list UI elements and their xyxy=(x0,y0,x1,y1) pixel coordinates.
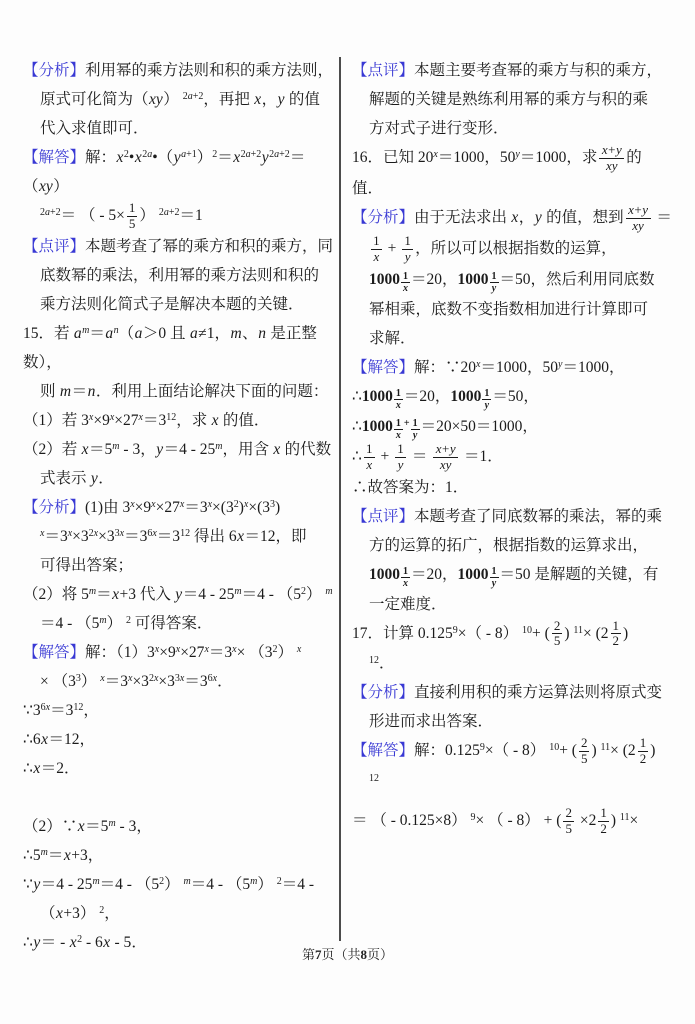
text-run: ， xyxy=(136,818,152,835)
superscript: m xyxy=(325,587,332,597)
text-run: 可得答案． xyxy=(131,615,212,632)
formula-run: ＝50 xyxy=(500,566,531,583)
text-run: 可得出答案； xyxy=(40,557,133,574)
formula-run: ． xyxy=(217,673,233,690)
text-run: ， xyxy=(140,441,156,458)
formula-run: ＝4 - （5 xyxy=(242,586,301,603)
superscript: 1y xyxy=(489,566,500,590)
text-line: ∴1x + 1y ＝ x+yxy ＝1． xyxy=(352,442,672,473)
text-line: 求解． xyxy=(352,324,672,353)
superscript: m xyxy=(41,848,48,858)
blank-line xyxy=(23,783,336,812)
formula-run: ） xyxy=(164,876,183,893)
formula-run: + ( xyxy=(532,625,550,642)
formula-run: ＝20 xyxy=(404,388,435,405)
text-run: 解： xyxy=(414,742,445,759)
text-line: 2a+2＝ （ - 5×15） 2a+2＝1 xyxy=(23,201,336,232)
superscript: 12 xyxy=(369,656,379,666)
formula-run: x xyxy=(211,412,219,429)
page-footer: 第7页（共8页） xyxy=(0,944,695,963)
text-line: 【点评】本题考查了同底数幂的乘法，幂的乘 xyxy=(352,502,672,531)
superscript: 6x xyxy=(208,674,217,684)
formula-run: - 3 xyxy=(116,818,137,835)
superscript: 2a+2 xyxy=(40,208,61,218)
formula-run: 1000 xyxy=(458,566,489,583)
formula-run: （x+3） xyxy=(40,905,99,922)
text-run: 页（共 xyxy=(321,947,360,962)
formula-run: ×2 xyxy=(576,812,596,829)
text-run: ， xyxy=(104,905,120,922)
text-run: ，求 xyxy=(566,149,597,166)
superscript: 12 xyxy=(369,774,379,784)
formula-run: ＝1000 xyxy=(438,149,485,166)
formula-run: y xyxy=(261,149,269,166)
text-line: ∵36x＝312， xyxy=(23,696,336,725)
formula-run: ＝1000 xyxy=(481,359,528,376)
fraction: 25 xyxy=(579,736,590,767)
formula-run: 20 xyxy=(418,149,434,166)
fraction: 1x xyxy=(394,418,403,442)
text-line: 底数幂的乘法，利用幂的乘方法则和积的 xyxy=(23,261,336,290)
text-line: 幂相乘，底数不变指数相加进行计算即可 xyxy=(352,295,672,324)
formula-run: ＝1 xyxy=(179,207,202,224)
formula-run: ＝50 xyxy=(492,388,523,405)
text-run: 解题的关键是熟练利用幂的乘方与积的乘 xyxy=(369,91,648,108)
fraction: 1x xyxy=(364,442,375,473)
fraction: x+yxy xyxy=(626,203,651,234)
formula-run: ∴ xyxy=(352,479,368,496)
text-run: ． xyxy=(98,470,114,487)
text-run: 是解题的关键，有 xyxy=(531,566,659,583)
formula-run: 0.125 xyxy=(445,742,480,759)
fraction: 1y xyxy=(490,566,499,590)
formula-run: ＝4 - （5 xyxy=(100,876,159,893)
text-run: 且 xyxy=(166,325,189,342)
formula-run: ∵y＝4 - 25 xyxy=(23,876,92,893)
text-run: 代入求值即可． xyxy=(40,120,149,137)
formula-run: 50 xyxy=(543,359,559,376)
formula-run: ∴ xyxy=(352,418,362,435)
text-run: ， xyxy=(80,731,96,748)
formula-run: 5 xyxy=(81,586,89,603)
text-line: 【分析】由于无法求出 x，y 的值，想到x+yxy ＝ xyxy=(352,203,672,234)
formula-run: ＝4 - （5 xyxy=(40,615,99,632)
formula-run: × xyxy=(630,812,639,829)
formula-run: + xyxy=(384,240,401,257)
superscript: 12 xyxy=(166,413,176,423)
superscript: 1x+1y xyxy=(393,418,421,442)
text-line: 15．若 am＝an（a＞0 且 a≠1，m、n 是正整数）， xyxy=(23,319,336,377)
formula-run: - 3 xyxy=(120,441,141,458)
text-run: 底数幂的乘法，利用幂的乘方法则和积的 xyxy=(40,267,319,284)
text-run: ，即 xyxy=(275,528,306,545)
text-line: 形进而求出答案． xyxy=(352,707,672,736)
text-line: 【分析】(1)由 3x×9x×27x＝3x×(32)x×(33) xyxy=(23,493,336,522)
formula-run: ×9 xyxy=(135,499,152,516)
fraction: 1y xyxy=(490,271,499,295)
formula-run: ＝3 xyxy=(50,702,73,719)
section-label: 【解答】 xyxy=(23,149,85,166)
text-run: 方对式子进行变形． xyxy=(369,120,509,137)
formula-run: ) xyxy=(623,625,628,642)
formula-run: ×27 xyxy=(114,412,138,429)
formula-run: ＝3 xyxy=(143,412,166,429)
formula-run: ＝20 xyxy=(411,566,442,583)
formula-run: ∴x＝2 xyxy=(23,760,64,777)
formula-run: ∴5 xyxy=(23,847,41,864)
formula-run: x xyxy=(273,441,281,458)
formula-run: x xyxy=(254,91,262,108)
text-run: ． xyxy=(487,448,503,465)
fraction: 1y xyxy=(411,418,420,442)
document-page: 【分析】利用幂的乘方法则和积的乘方法则，原式可化简为（xy） 2a+2，再把 x… xyxy=(0,0,695,1024)
formula-run: 1000 xyxy=(450,388,481,405)
formula-run: ＝ xyxy=(653,209,672,226)
text-run: 直接利用积的乘方运算法则将原式变 xyxy=(414,684,662,701)
text-run: 的值 xyxy=(285,91,320,108)
formula-run: + ( xyxy=(559,742,577,759)
formula-run: 50 xyxy=(500,149,516,166)
text-run: ，再把 xyxy=(203,91,253,108)
fraction: 1x xyxy=(394,388,403,412)
text-run: 本题考查了同底数幂的乘法，幂的乘 xyxy=(414,508,662,525)
text-run: ， xyxy=(519,209,535,226)
superscript: 11 xyxy=(620,813,630,823)
text-run: ，所以可以根据指数的运算， xyxy=(415,240,617,257)
formula-run: ×3 xyxy=(72,528,89,545)
formula-run: ) xyxy=(275,499,280,516)
text-run: ， xyxy=(442,566,458,583)
text-run: ， xyxy=(214,325,230,342)
text-run: 乘方法则化简式子是解决本题的关键． xyxy=(40,296,304,313)
formula-run: 3 xyxy=(147,644,155,661)
text-run: ， xyxy=(522,418,538,435)
formula-run: ＝x+3 xyxy=(96,586,136,603)
formula-run: ＝4 - xyxy=(282,876,318,893)
formula-run: ×（ - 8） xyxy=(458,625,522,642)
formula-run: 0.125 xyxy=(418,625,453,642)
superscript: m xyxy=(108,819,115,829)
fraction: 25 xyxy=(552,619,563,650)
formula-run: × （ - 8） + ( xyxy=(476,812,562,829)
formula-run: ＝ xyxy=(408,448,431,465)
text-line: （2）若 x＝5m - 3，y＝4 - 25m，用含 x 的代数 xyxy=(23,435,336,464)
text-line: 解题的关键是熟练利用幂的乘方与积的乘 xyxy=(352,85,672,114)
text-run: 本题主要考查幂的乘方与积的乘方， xyxy=(414,62,662,79)
formula-run: a≠1 xyxy=(189,325,214,342)
superscript: 11 xyxy=(573,626,583,636)
text-run: 、 xyxy=(242,325,258,342)
text-run: ． xyxy=(64,760,80,777)
fraction: 15 xyxy=(127,201,138,232)
formula-run: ＝ （ - 5× xyxy=(61,207,125,224)
text-run: ， xyxy=(435,388,451,405)
formula-run: ＝3 xyxy=(44,528,67,545)
text-line: 16．已知 20x＝1000，50y＝1000，求x+yxy的值． xyxy=(352,143,672,203)
formula-run: ） xyxy=(257,876,276,893)
formula-run: （xy） xyxy=(133,91,183,108)
text-line: 可得出答案； xyxy=(23,551,336,580)
formula-run: 1000 xyxy=(362,388,393,405)
formula-run: ） xyxy=(306,586,325,603)
formula-run: ＝a xyxy=(89,325,113,342)
section-label: 【分析】 xyxy=(23,499,85,516)
text-run: 由于无法求出 xyxy=(414,209,511,226)
fraction: 1y xyxy=(395,442,406,473)
superscript: 3x xyxy=(115,529,124,539)
superscript: 1x xyxy=(393,388,404,412)
text-run: 的值，想到 xyxy=(542,209,623,226)
fraction: 1y xyxy=(482,388,491,412)
section-label: 【解答】 xyxy=(23,644,85,661)
formula-run: ×3 xyxy=(132,673,149,690)
text-run: 解： xyxy=(85,149,116,166)
formula-run: ×3 xyxy=(158,673,175,690)
text-line: ∴5m＝x+3， xyxy=(23,841,336,870)
superscript: m xyxy=(234,587,241,597)
superscript: 6x xyxy=(147,529,156,539)
section-label: 【解答】 xyxy=(352,359,414,376)
text-run: 16．已知 xyxy=(352,149,418,166)
text-run: 的代数 xyxy=(281,441,331,458)
text-line: （x+3） 2， xyxy=(23,899,336,928)
formula-run: 1000 xyxy=(362,418,393,435)
text-run: 方的运算的拓广，根据指数的运算求出， xyxy=(369,537,648,554)
formula-run: ) xyxy=(650,742,655,759)
text-line: ∴故答案为：1． xyxy=(352,473,672,502)
superscript: 3x xyxy=(175,674,184,684)
text-line: 原式可化简为（xy） 2a+2，再把 x，y 的值 xyxy=(23,85,336,114)
formula-run: ． xyxy=(379,655,395,672)
formula-run: ＝ （ - 0.125×8） xyxy=(352,812,471,829)
text-line: 【分析】直接利用积的乘方运算法则将原式变 xyxy=(352,678,672,707)
fraction: 12 xyxy=(638,736,649,767)
text-run: 幂相乘，底数不变指数相加进行计算即可 xyxy=(369,301,648,318)
section-label: 【解答】 xyxy=(352,742,414,759)
formula-run: ×（ - 8） xyxy=(485,742,549,759)
formula-run: ×9 xyxy=(93,412,110,429)
text-line: × （33） x＝3x×32x×33x＝36x． xyxy=(23,667,336,696)
text-run: 得出 xyxy=(190,528,229,545)
text-line: 【点评】本题考查了幂的乘方和积的乘方，同 xyxy=(23,232,336,261)
superscript: 1y xyxy=(489,271,500,295)
fraction: 1y xyxy=(402,234,413,265)
formula-run: •x xyxy=(129,149,142,166)
superscript: 2a+2 xyxy=(269,150,290,160)
formula-run: m＝n xyxy=(59,383,95,400)
text-run: 故答案为：1． xyxy=(368,479,469,496)
superscript: 1y xyxy=(481,388,492,412)
fraction: 1x xyxy=(401,566,410,590)
fraction: 25 xyxy=(563,806,574,837)
superscript: 2a+2 xyxy=(183,92,204,102)
text-run: 代入 xyxy=(136,586,175,603)
formula-run: ＝1000 xyxy=(520,149,567,166)
formula-run: × (2 xyxy=(610,742,636,759)
text-line: 【解答】解：∵20x＝1000，50y＝1000， xyxy=(352,353,672,382)
section-label: 【点评】 xyxy=(23,238,85,255)
column-right: 【点评】本题主要考查幂的乘方与积的乘方，解题的关键是熟练利用幂的乘方与积的乘方对… xyxy=(352,56,672,837)
formula-run: y＝4 - 25 xyxy=(156,441,216,458)
superscript: 2a+2 xyxy=(159,208,180,218)
section-label: 【分析】 xyxy=(23,62,85,79)
section-label: 【点评】 xyxy=(352,508,414,525)
text-run: 15．若 xyxy=(23,325,73,342)
text-line: 【解答】解：0.1259×（ - 8） 10+ (25) 11× (212) xyxy=(352,736,672,767)
formula-run: ＝3 xyxy=(157,528,180,545)
text-line: 则 m＝n．利用上面结论解决下面的问题： xyxy=(23,377,336,406)
superscript: m xyxy=(99,616,106,626)
formula-run: ） xyxy=(197,149,213,166)
text-run: ，然后利用同底数 xyxy=(531,271,655,288)
text-run: 则 xyxy=(40,383,59,400)
text-run: ， xyxy=(527,359,543,376)
superscript: 6x xyxy=(41,703,50,713)
text-line: （1）若 3x×9x×27x＝312，求 x 的值． xyxy=(23,406,336,435)
formula-run: ×9 xyxy=(159,644,176,661)
formula-run: ＝1 xyxy=(460,448,487,465)
fraction: 12 xyxy=(611,619,622,650)
formula-run: × (2 xyxy=(583,625,609,642)
formula-run: ） xyxy=(277,644,296,661)
text-line: 10001x＝20，10001y＝50，然后利用同底数 xyxy=(352,265,672,295)
fraction: 1x xyxy=(371,234,382,265)
text-line: ∴10001x＝20，10001y＝50， xyxy=(352,382,672,412)
text-line: 12 xyxy=(352,767,672,796)
formula-run: + xyxy=(404,418,410,429)
superscript: 12 xyxy=(180,529,190,539)
text-run: ， xyxy=(442,271,458,288)
text-line: （2）∵x＝5m - 3， xyxy=(23,812,336,841)
text-line: ∵y＝4 - 25m＝4 - （52） m＝4 - （5m） 2＝4 - xyxy=(23,870,336,899)
formula-run: ＝1000 xyxy=(562,359,609,376)
text-line: ∴10001x+1y＝20×50＝1000， xyxy=(352,412,672,442)
text-line: 10001x＝20，10001y＝50 是解题的关键，有 xyxy=(352,560,672,590)
superscript: x xyxy=(297,645,301,655)
formula-run: a xyxy=(73,325,82,342)
formula-run: 6x＝12 xyxy=(229,528,276,545)
text-run: ， xyxy=(484,149,500,166)
formula-run: ∵3 xyxy=(23,702,41,719)
section-label: 【分析】 xyxy=(352,684,414,701)
formula-run: × （3 xyxy=(237,644,273,661)
text-run: ．利用上面结论解决下面的问题： xyxy=(96,383,329,400)
formula-run: ＝20×50＝1000 xyxy=(421,418,523,435)
fraction: x+yxy xyxy=(599,143,624,174)
text-run: （1）若 xyxy=(23,412,81,429)
superscript: 12 xyxy=(73,703,83,713)
formula-run: ∵x＝5 xyxy=(62,818,109,835)
formula-run: ×3 xyxy=(98,528,115,545)
formula-run: ×27 xyxy=(156,499,180,516)
text-run: ， xyxy=(88,847,104,864)
superscript: 1x xyxy=(400,271,411,295)
formula-run: m xyxy=(230,325,242,342)
formula-run: ＝3 xyxy=(184,499,207,516)
formula-run: ＝3 xyxy=(184,673,207,690)
formula-run: 3 xyxy=(81,412,89,429)
text-line: 【点评】本题主要考查幂的乘方与积的乘方， xyxy=(352,56,672,85)
formula-run: ×(3 xyxy=(248,499,270,516)
formula-run: ＝3 xyxy=(124,528,147,545)
superscript: m xyxy=(92,877,99,887)
formula-run: ∵20 xyxy=(445,359,476,376)
text-line: 12． xyxy=(352,649,672,678)
text-run: ， xyxy=(83,702,99,719)
superscript: 10 xyxy=(522,626,532,636)
formula-run: + xyxy=(377,448,394,465)
text-run: （2）若 xyxy=(23,441,81,458)
formula-run: x＝5 xyxy=(81,441,112,458)
formula-run: ) xyxy=(611,812,620,829)
text-run: 解： xyxy=(414,359,445,376)
text-line: 1x + 1y，所以可以根据指数的运算， xyxy=(352,234,672,265)
formula-run: ） xyxy=(139,207,158,224)
text-line: 【解答】解：（1）3x×9x×27x＝3x× （32） x xyxy=(23,638,336,667)
text-line: （2）将 5m＝x+3 代入 y＝4 - 25m＝4 - （52） m xyxy=(23,580,336,609)
formula-run: ∴6x＝12 xyxy=(23,731,80,748)
formula-run: y xyxy=(277,91,285,108)
superscript: 2a xyxy=(142,150,152,160)
formula-run: ＝3 xyxy=(105,673,128,690)
text-line: 乘方法则化简式子是解决本题的关键． xyxy=(23,290,336,319)
superscript: 2a+2 xyxy=(241,150,262,160)
fraction: 12 xyxy=(598,806,609,837)
text-run: 解：（1） xyxy=(85,644,147,661)
text-line: 代入求值即可． xyxy=(23,114,336,143)
formula-run: × （3 xyxy=(40,673,76,690)
text-line: ∴x＝2． xyxy=(23,754,336,783)
text-run: 本题考查了幂的乘方和积的乘方，同 xyxy=(85,238,333,255)
text-line: 方的运算的拓广，根据指数的运算求出， xyxy=(352,531,672,560)
formula-run: ＝x xyxy=(217,149,240,166)
text-line: 【分析】利用幂的乘方法则和积的乘方法则， xyxy=(23,56,336,85)
text-run: ， xyxy=(262,91,278,108)
text-run: 一定难度． xyxy=(369,596,447,613)
text-line: 方对式子进行变形． xyxy=(352,114,672,143)
text-line: ＝ （ - 0.125×8） 9× （ - 8） + (25 ×212) 11× xyxy=(352,806,672,837)
text-line: 一定难度． xyxy=(352,590,672,619)
formula-run: x xyxy=(116,149,124,166)
text-run: 求解． xyxy=(369,330,416,347)
formula-run: ＝4 - （5 xyxy=(191,876,250,893)
section-label: 【分析】 xyxy=(352,209,414,226)
fraction: 1x xyxy=(401,271,410,295)
superscript: m xyxy=(112,442,119,452)
formula-run: ) xyxy=(591,742,600,759)
text-line: ＝4 - （5m） 2 可得答案． xyxy=(23,609,336,638)
formula-run: x xyxy=(511,209,519,226)
superscript: m xyxy=(215,442,222,452)
formula-run: 1000 xyxy=(458,271,489,288)
text-run: 形进而求出答案． xyxy=(369,713,493,730)
text-run: 原式可化简为 xyxy=(40,91,133,108)
superscript: 2x xyxy=(89,529,98,539)
superscript: 10 xyxy=(549,743,559,753)
superscript: a+1 xyxy=(181,150,197,160)
formula-run: ＝20 xyxy=(411,271,442,288)
text-run: ，用含 xyxy=(223,441,273,458)
formula-run: 1000 xyxy=(369,271,400,288)
superscript: 11 xyxy=(601,743,611,753)
text-run: 式表示 xyxy=(40,470,90,487)
text-run: 页） xyxy=(367,947,393,962)
formula-run: ＝3 xyxy=(209,644,232,661)
text-run: 17．计算 xyxy=(352,625,418,642)
section-label: 【点评】 xyxy=(352,62,414,79)
superscript: 2x xyxy=(149,674,158,684)
text-run: ， xyxy=(523,388,539,405)
